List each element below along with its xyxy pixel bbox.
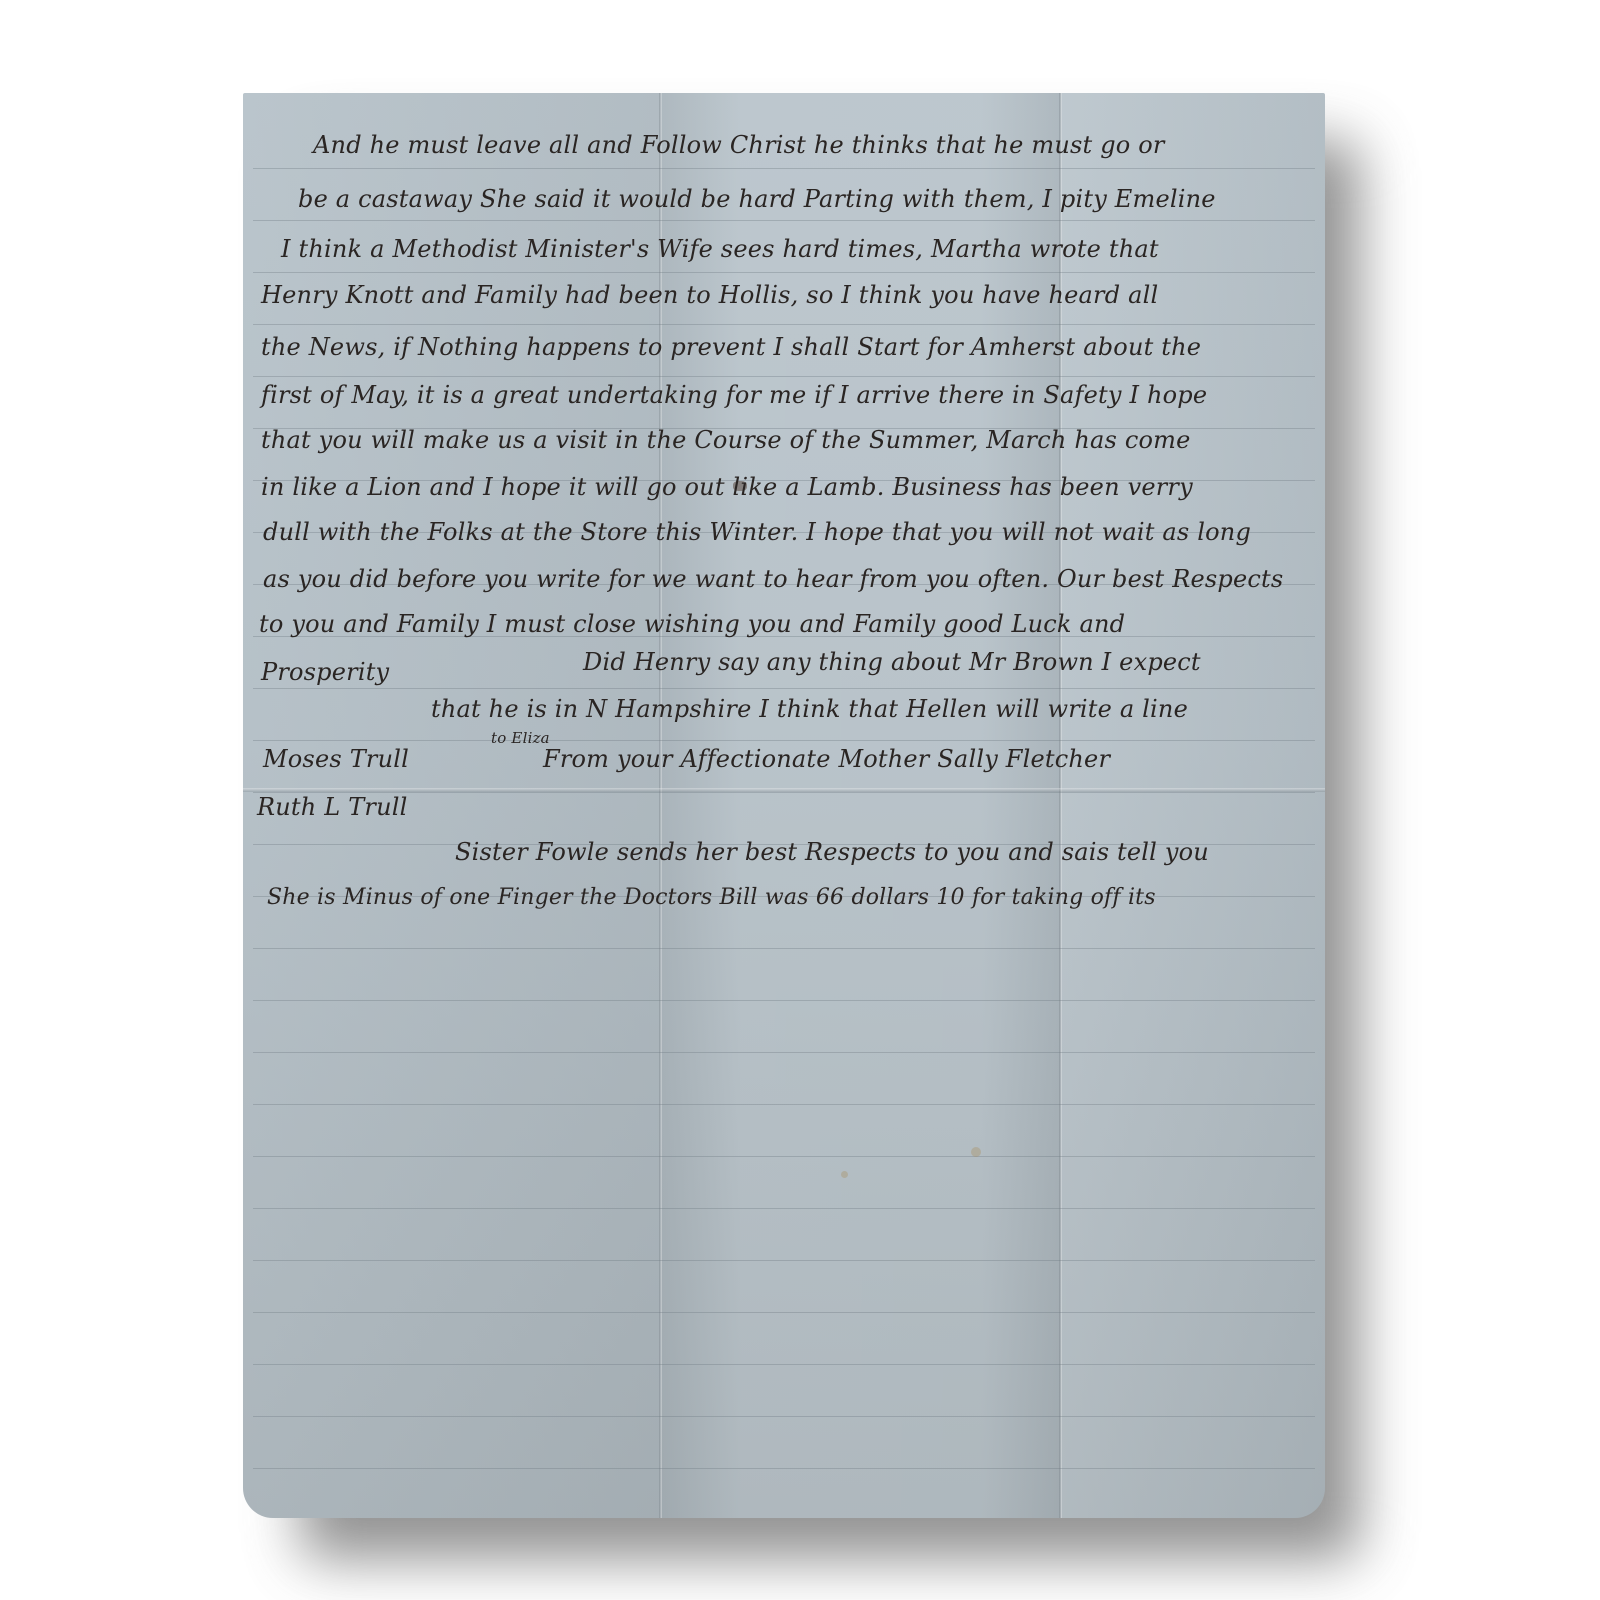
- letter-line-2: be a castaway She said it would be hard …: [298, 185, 1216, 213]
- closing-signature: From your Affectionate Mother Sally Flet…: [543, 745, 1110, 773]
- letter-line-13: Did Henry say any thing about Mr Brown I…: [583, 648, 1201, 676]
- letter-line-9: dull with the Folks at the Store this Wi…: [263, 518, 1251, 546]
- addressee-1: Moses Trull: [263, 745, 409, 773]
- letter-line-3: I think a Methodist Minister's Wife sees…: [281, 235, 1159, 263]
- letter-line-7: that you will make us a visit in the Cou…: [261, 426, 1191, 454]
- letter-line-5: the News, if Nothing happens to prevent …: [261, 333, 1201, 361]
- letter-body: And he must leave all and Follow Christ …: [243, 93, 1325, 1518]
- postscript-line-2: She is Minus of one Finger the Doctors B…: [267, 885, 1156, 910]
- addressee-2: Ruth L Trull: [257, 793, 408, 821]
- letter-line-14: that he is in N Hampshire I think that H…: [431, 695, 1188, 723]
- letter-line-12: Prosperity: [261, 658, 389, 686]
- letter-line-4: Henry Knott and Family had been to Holli…: [261, 281, 1158, 309]
- letter-line-6: first of May, it is a great undertaking …: [261, 381, 1207, 409]
- letter-line-1: And he must leave all and Follow Christ …: [313, 131, 1165, 159]
- letter-line-11: to you and Family I must close wishing y…: [259, 610, 1125, 638]
- postscript-line-1: Sister Fowle sends her best Respects to …: [455, 838, 1209, 866]
- letter-sheet: And he must leave all and Follow Christ …: [243, 93, 1325, 1518]
- letter-line-10: as you did before you write for we want …: [263, 565, 1283, 593]
- letter-line-8: in like a Lion and I hope it will go out…: [261, 473, 1193, 501]
- letter-line-15: to Eliza: [491, 729, 550, 747]
